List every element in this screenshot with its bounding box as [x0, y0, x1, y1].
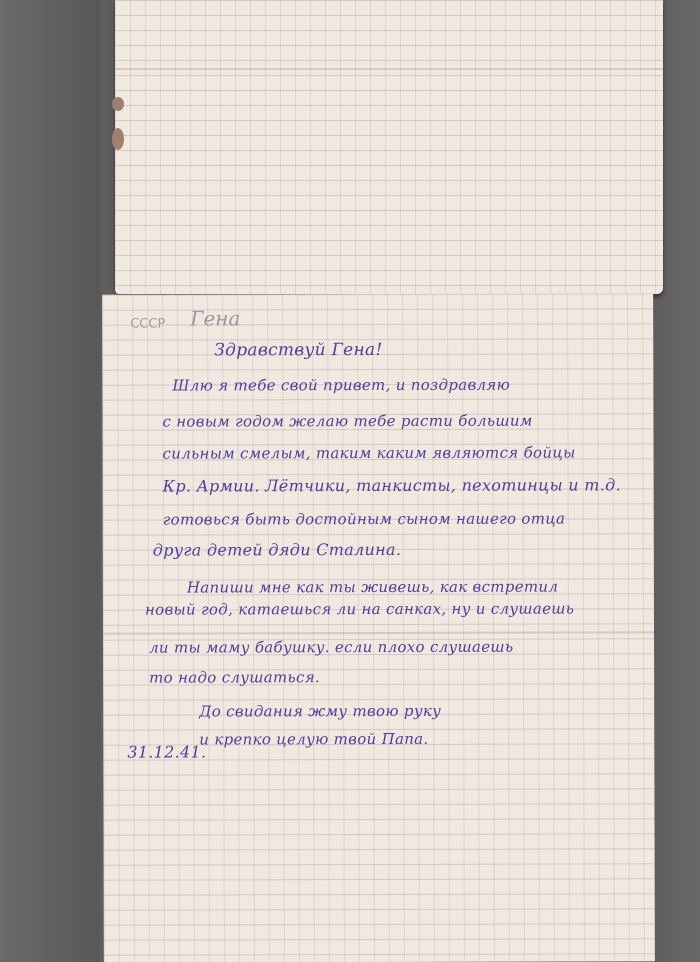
background-left	[0, 0, 100, 962]
pencil-name: Гена	[190, 306, 240, 330]
letter-signature: и крепко целую твой Папа.	[199, 730, 428, 749]
letter-greeting: Здравствуй Гена!	[214, 340, 382, 360]
ussr-stamp: СССР	[130, 317, 165, 332]
letter-line: ли ты маму бабушку. если плохо слушаешь	[149, 638, 513, 657]
fold-line	[103, 631, 654, 634]
letter-line: сильным смелым, таким каким являются бой…	[163, 443, 576, 462]
letter-date: 31.12.41.	[127, 742, 206, 761]
letter-line: Напиши мне как ты живешь, как встретил	[187, 578, 558, 597]
letter-line: новый год, катаешься ли на санках, ну и …	[145, 599, 574, 618]
fold-line	[115, 68, 663, 70]
letter-line: Кр. Армии. Лётчики, танкисты, пехотинцы …	[163, 475, 621, 495]
letter-closing: До свидания жму твою руку	[199, 702, 441, 721]
paper-stain	[112, 128, 124, 150]
letter-line: с новым годом желаю тебе расти большим	[162, 412, 532, 431]
letter-line: готовься быть достойным сыном нашего отц…	[163, 510, 566, 529]
letter-line: Шлю я тебе свой привет, и поздравляю	[172, 376, 510, 395]
letter-line: друга детей дяди Сталина.	[153, 540, 401, 560]
letter-line: то надо слушаться.	[149, 668, 320, 686]
paper-stain	[112, 97, 124, 111]
letter-sheet: СССР Гена Здравствуй Гена! Шлю я тебе св…	[102, 293, 655, 962]
top-sheet	[115, 0, 663, 294]
